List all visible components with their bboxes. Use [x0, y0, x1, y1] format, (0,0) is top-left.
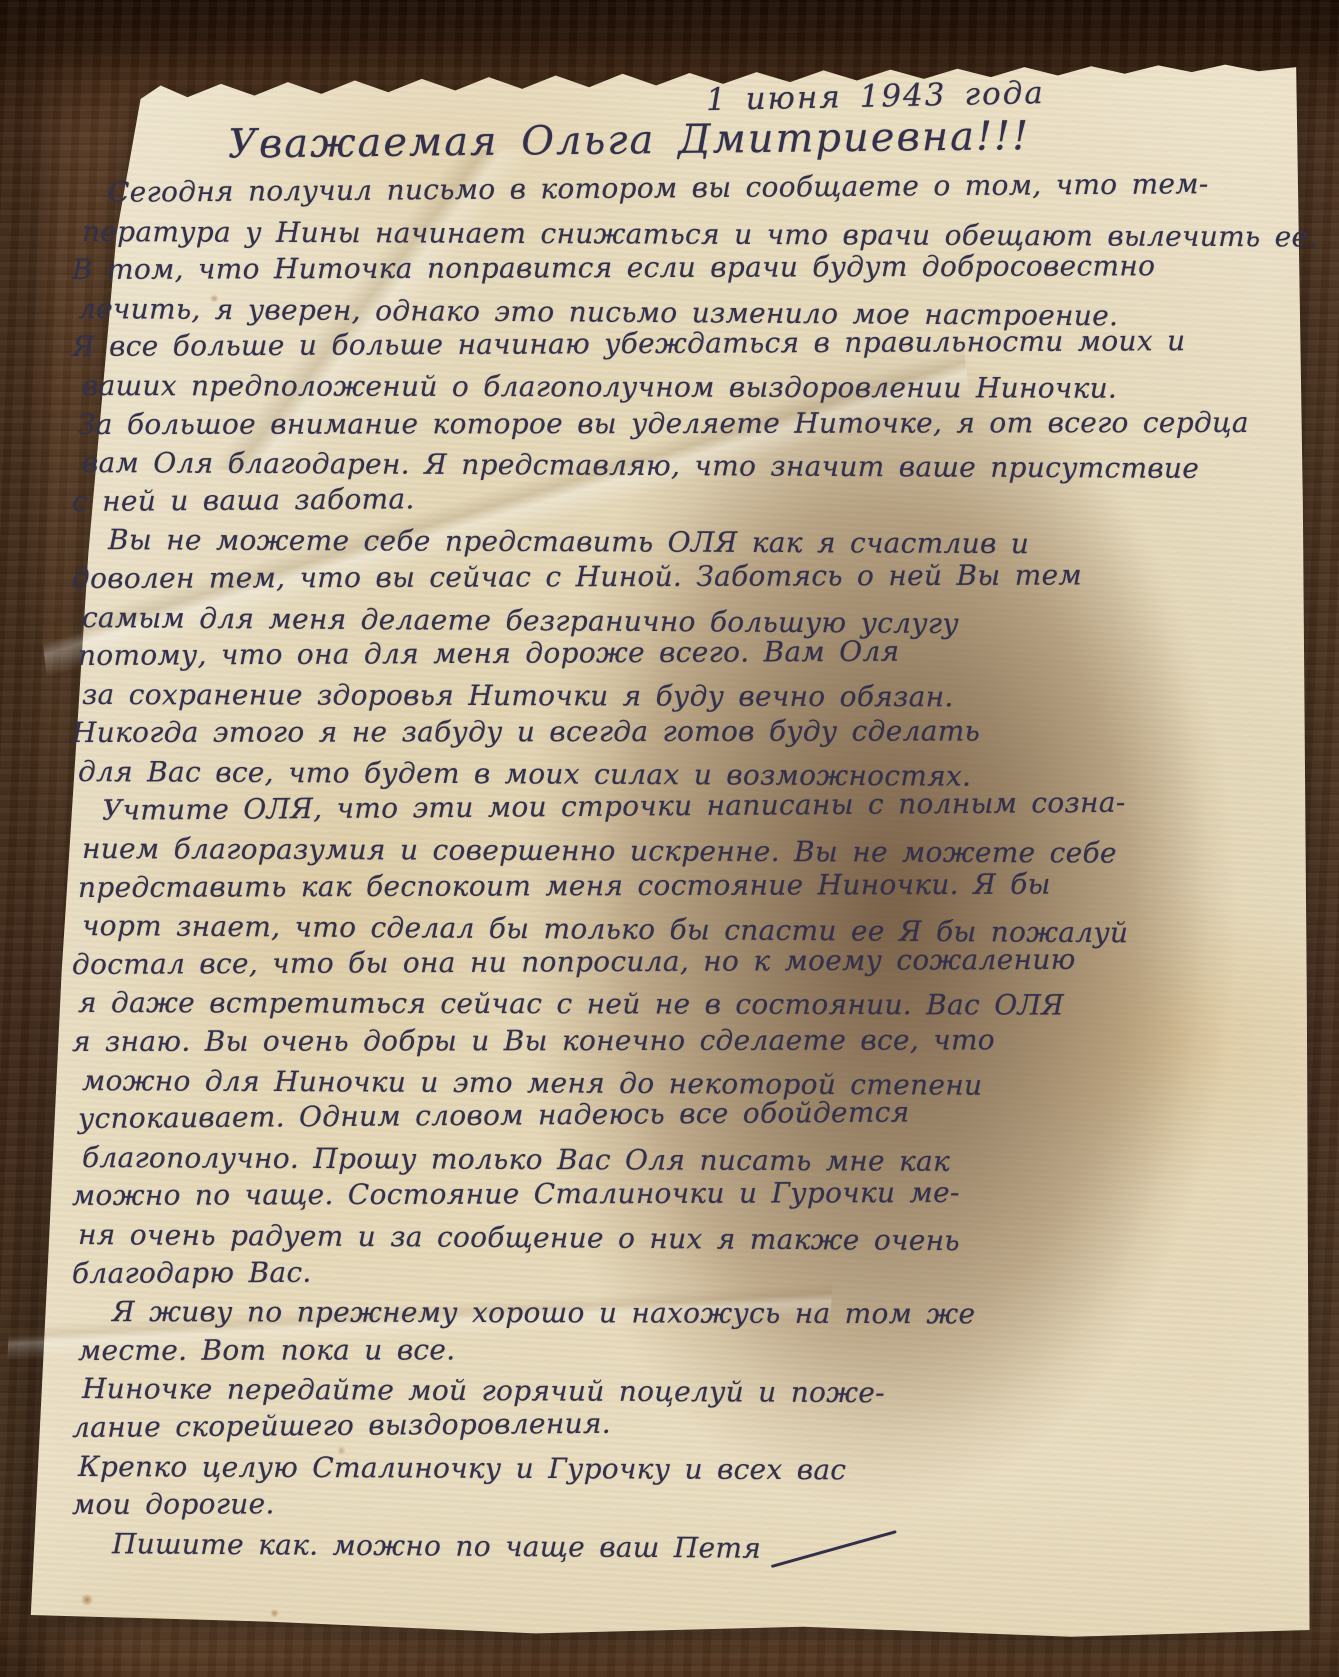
letter-line: я знаю. Вы очень добры и Вы конечно сдел…	[72, 1021, 1290, 1062]
letter-line: Пишите как. можно по чаще ваш Петя	[82, 1525, 1290, 1572]
letter-line: я даже встретиться сейчас с ней не в сос…	[78, 984, 1290, 1026]
letter-line: доволен тем, что вы сейчас с Ниной. Забо…	[72, 556, 1290, 599]
letter-line: Я живу по прежнему хорошо и нахожусь на …	[82, 1293, 1290, 1335]
letter-line: Сегодня получил письмо в котором вы сооб…	[78, 164, 1290, 212]
wood-table-background: 1 июня 1943 года Уважаемая Ольга Дмитрие…	[0, 0, 1339, 1677]
letter-line: достал все, что бы она ни попросила, но …	[72, 939, 1290, 984]
signature-flourish	[771, 1530, 897, 1568]
letter-line: В том, что Ниточка поправится если врачи…	[72, 247, 1290, 290]
letter-line: потому, что она для меня дороже всего. В…	[78, 631, 1290, 676]
letter-line: За большое внимание которое вы уделяете …	[78, 403, 1290, 444]
letter-line: мои дорогие.	[72, 1482, 1290, 1525]
letter-line: ваших предположений о благополучном вызд…	[82, 367, 1290, 409]
letter-line: лание скорейшего выздоровления.	[72, 1399, 1290, 1447]
letter-body: Сегодня получил письмо в котором вы сооб…	[78, 174, 1290, 1563]
letter-line: месте. Вот пока и все.	[78, 1330, 1290, 1371]
letter-line: можно по чаще. Состояние Сталиночки и Гу…	[72, 1173, 1290, 1216]
letter-line: представить как беспокоит меня состояние…	[78, 864, 1290, 907]
letter-text: 1 июня 1943 года Уважаемая Ольга Дмитрие…	[78, 76, 1290, 1563]
letter-line: Никогда этого я не забуду и всегда готов…	[72, 712, 1290, 753]
letter-line: успокаивает. Одним словом надеюсь все об…	[78, 1091, 1290, 1139]
letter-line: благодарю Вас.	[72, 1248, 1290, 1293]
letter-line: Я все больше и больше начинаю убеждаться…	[72, 322, 1290, 367]
letter-salutation: Уважаемая Ольга Дмитриевна!!!	[228, 110, 1290, 167]
